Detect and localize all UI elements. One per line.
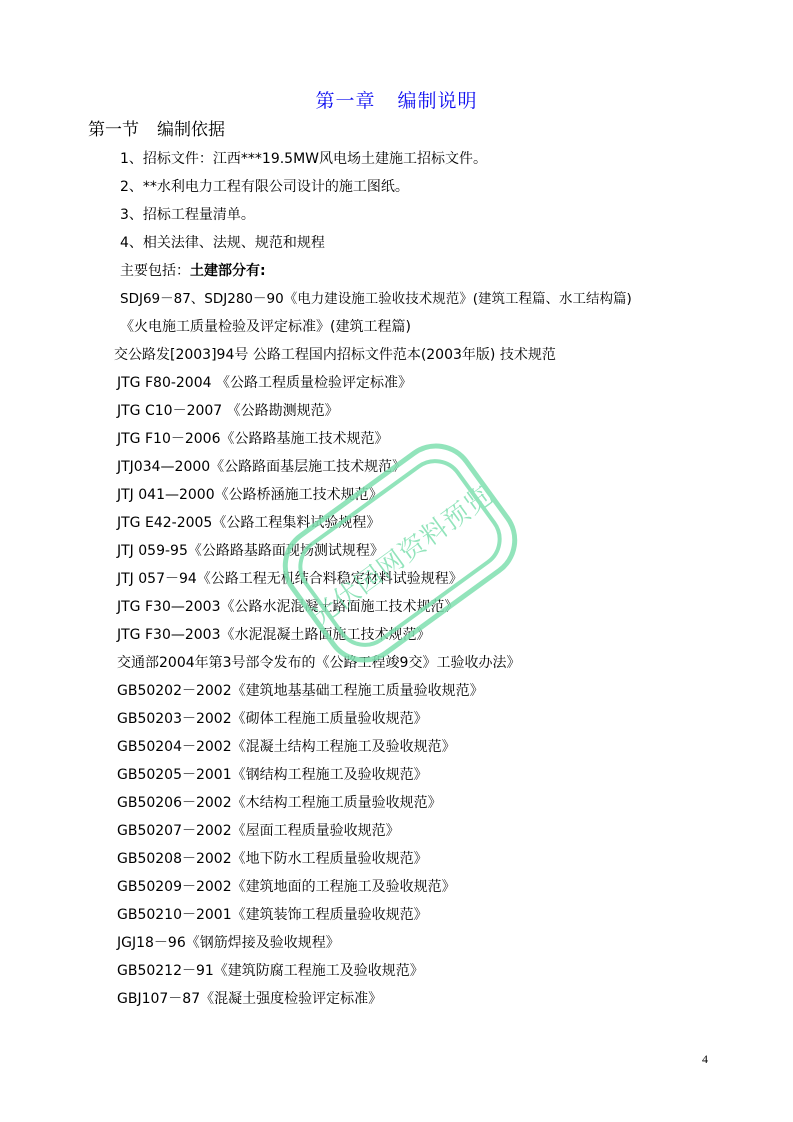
basis-item: 3、招标工程量清单。 [120,205,255,225]
standard-item: 交公路发[2003]94号 公路工程国内招标文件范本(2003年版) 技术规范 [114,345,556,365]
standard-item: JGJ18－96《钢筋焊接及验收规程》 [117,933,340,953]
standard-item: GB50202－2002《建筑地基基础工程施工质量验收规范》 [117,681,484,701]
standard-item: GB50212－91《建筑防腐工程施工及验收规范》 [117,961,424,981]
standard-item: GB50205－2001《钢结构工程施工及验收规范》 [117,765,428,785]
standard-item: SDJ69－87、SDJ280－90《电力建设施工验收技术规范》(建筑工程篇、水… [120,289,632,309]
standard-item: 交通部2004年第3号部令发布的《公路工程竣9交》工验收办法》 [117,653,520,673]
standard-item: GB50210－2001《建筑装饰工程质量验收规范》 [117,905,428,925]
page-number: 4 [702,1052,708,1067]
chapter-title: 第一章编制说明 [0,88,793,114]
chapter-name: 编制说明 [398,90,478,112]
standard-item: JTG F10－2006《公路路基施工技术规范》 [117,429,388,449]
main-includes: 主要包括：土建部分有: [120,261,266,281]
standard-item: JTG F30—2003《水泥混凝土路面施工技术规范》 [117,625,430,645]
standard-item: GB50209－2002《建筑地面的工程施工及验收规范》 [117,877,456,897]
standard-item: GB50206－2002《木结构工程施工质量验收规范》 [117,793,442,813]
standard-item: GB50207－2002《屋面工程质量验收规范》 [117,821,400,841]
standard-item: 《火电施工质量检验及评定标准》(建筑工程篇) [120,317,411,337]
standard-item: JTJ034—2000《公路路面基层施工技术规范》 [117,457,406,477]
basis-item: 2、**水利电力工程有限公司设计的施工图纸。 [120,177,409,197]
main-includes-bold: 土建部分有: [190,263,266,279]
section-name: 编制依据 [157,120,225,140]
section-number: 第一节 [88,120,139,140]
standard-item: GB50208－2002《地下防水工程质量验收规范》 [117,849,428,869]
chapter-number: 第一章 [315,90,375,112]
standard-item: JTJ 059-95《公路路基路面现场测试规程》 [117,541,384,561]
standard-item: JTJ 057－94《公路工程无机结合料稳定材料试验规程》 [117,569,463,589]
document-page: 第一章编制说明 第一节编制依据 1、招标文件：江西***19.5MW风电场土建施… [0,0,793,1122]
standard-item: GB50204－2002《混凝土结构工程施工及验收规范》 [117,737,456,757]
standard-item: JTJ 041—2000《公路桥涵施工技术规范》 [117,485,383,505]
basis-item: 4、相关法律、法规、规范和规程 [120,233,325,253]
standard-item: GBJ107－87《混凝土强度检验评定标准》 [117,989,382,1009]
basis-item: 1、招标文件：江西***19.5MW风电场土建施工招标文件。 [120,149,487,169]
main-includes-label: 主要包括： [120,263,190,279]
standard-item: GB50203－2002《砌体工程施工质量验收规范》 [117,709,428,729]
standard-item: JTG C10－2007 《公路勘测规范》 [117,401,339,421]
standard-item: JTG F30—2003《公路水泥混凝土路面施工技术规范》 [117,597,458,617]
standard-item: JTG F80-2004 《公路工程质量检验评定标准》 [117,373,412,393]
section-title: 第一节编制依据 [88,118,225,142]
standard-item: JTG E42-2005《公路工程集料试验规程》 [117,513,380,533]
